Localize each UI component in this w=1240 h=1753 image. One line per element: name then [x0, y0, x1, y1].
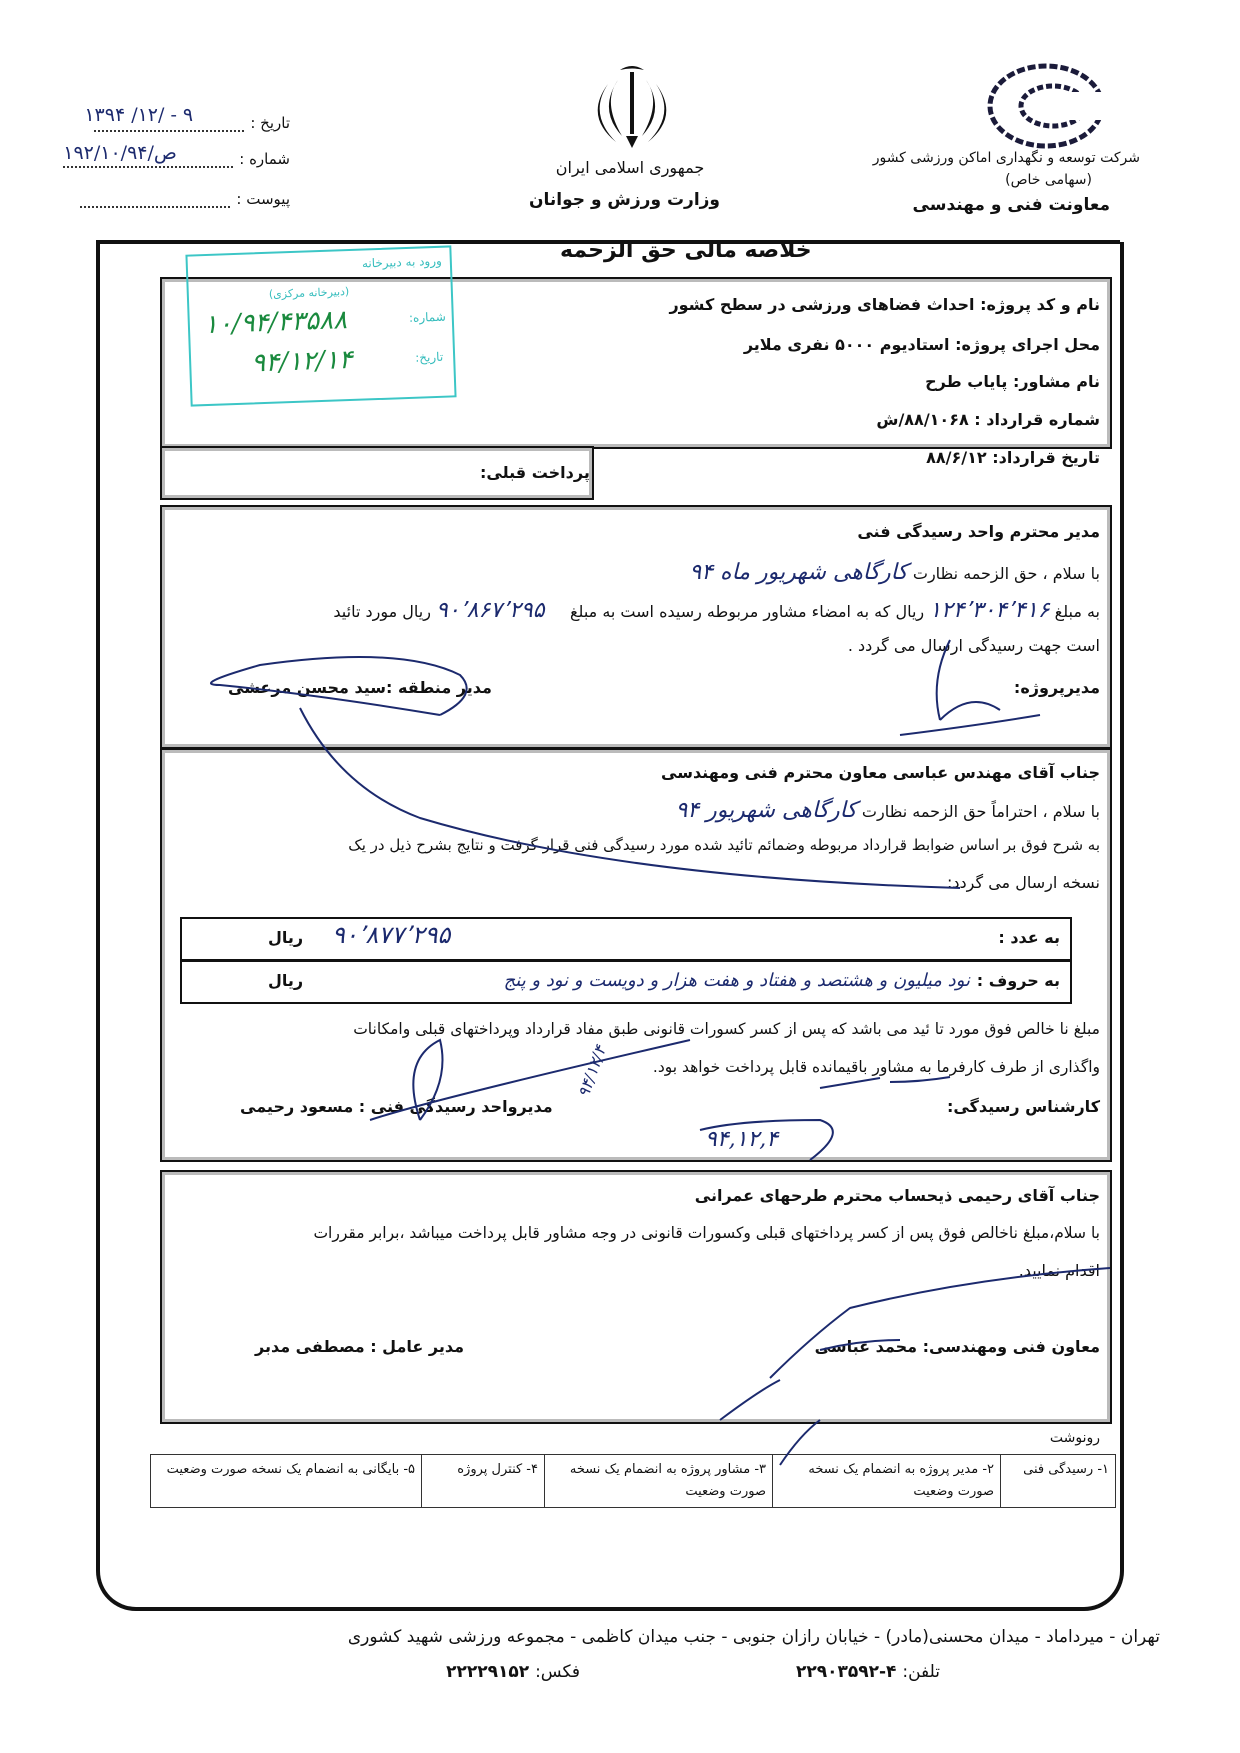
- deputy-signatory: معاون فنی ومهندسی: محمد عباسی: [815, 1337, 1100, 1356]
- deputy-heading: جناب آقای مهندس عباسی معاون محترم فنی وم…: [661, 763, 1100, 782]
- contract-date: تاریخ قرارداد: ۸۸/۶/۱۲: [926, 448, 1100, 467]
- stamp-number-label: شماره:: [409, 310, 446, 325]
- deputy-note-line1: مبلغ نا خالص فوق مورد تا ئید می باشد که …: [353, 1020, 1100, 1038]
- ministry-name: وزارت ورزش و جوانان: [540, 190, 720, 210]
- technical-review-line2: به مبلغ ۱۲۴٬۳۰۴٬۴۱۶ ریال که به امضاء مشا…: [333, 598, 1100, 623]
- org-department: معاونت فنی و مهندسی: [913, 195, 1110, 215]
- consultant-name: نام مشاور: پایاب طرح: [925, 372, 1100, 391]
- accounting-heading: جناب آقای رحیمی ذیحساب محترم طرحهای عمرا…: [695, 1186, 1100, 1205]
- previous-payment-label: پرداخت قبلی:: [480, 463, 590, 482]
- currency-label: ریال: [268, 971, 303, 990]
- iran-emblem-icon: [590, 62, 674, 152]
- footer-fax: فکس: ۲۲۲۲۹۱۵۲: [446, 1662, 580, 1682]
- contract-number: شماره قرارداد : ۸۸/۱۰۶۸/ش: [876, 410, 1100, 429]
- org-type: (سهامی خاص): [1005, 172, 1092, 188]
- copy-item: ۲- مدیر پروژه به انضمام یک نسخه صورت وضع…: [773, 1455, 1001, 1508]
- in-numbers-value: ۹۰٬۸۷۷٬۲۹۵: [332, 921, 450, 949]
- project-manager-label: مدیرپروژه:: [1014, 678, 1100, 697]
- number-value: ۱۹۲/۱۰/۹۴/ص: [63, 142, 177, 164]
- number-field: شماره : ۱۹۲/۱۰/۹۴/ص: [63, 148, 290, 168]
- organization-logo-icon: [985, 62, 1107, 150]
- stamp-date-label: تاریخ:: [415, 350, 443, 365]
- review-date-handwritten: ۹۴,۱۲,۴: [705, 1127, 778, 1152]
- technical-review-section: [160, 505, 1112, 749]
- copy-item: ۵- بایگانی به انضمام یک نسخه صورت وضعیت: [151, 1455, 422, 1508]
- copies-title: رونوشت: [1050, 1430, 1100, 1446]
- project-name: نام و کد پروژه: احداث فضاهای ورزشی در سط…: [669, 295, 1100, 314]
- technical-review-line1: با سلام ، حق الزحمه نظارت کارگاهی شهریور…: [689, 560, 1100, 585]
- copies-table: ۱- رسیدگی فنی ۲- مدیر پروژه به انضمام یک…: [150, 1454, 1116, 1508]
- org-name: شرکت توسعه و نگهداری اماکن ورزشی کشور: [873, 150, 1140, 166]
- in-numbers-label: به عدد :: [998, 928, 1060, 947]
- regional-manager-label: مدیر منطقه :سید محسن مرعشی: [228, 678, 492, 697]
- date-value: ۱۳۹۴ /۱۲/ - ۹: [84, 104, 193, 126]
- stamp-subtitle: (دبیرخانه مرکزی): [269, 285, 350, 301]
- technical-review-heading: مدیر محترم واحد رسیدگی فنی: [857, 522, 1100, 541]
- in-words-value: نود میلیون و هشتصد و هفتاد و هفت هزار و …: [504, 970, 970, 991]
- attachment-label: پیوست :: [236, 190, 290, 208]
- project-location: محل اجرای پروژه: استادیوم ۵۰۰۰ نفری ملای…: [744, 335, 1100, 354]
- attachment-field: پیوست :: [80, 188, 290, 208]
- amount-in-numbers-row: به عدد : ریال ۹۰٬۸۷۷٬۲۹۵: [180, 917, 1072, 961]
- deputy-line3: نسخه ارسال می گردد:: [947, 873, 1100, 892]
- stamp-number-value: ۱۰/۹۴/۴۳۵۸۸: [203, 305, 347, 340]
- date-label: تاریخ :: [250, 114, 290, 132]
- deputy-note-line2: واگذاری از طرف کارفرما به مشاور باقیماند…: [653, 1058, 1100, 1076]
- accounting-line2: اقدام نمایید.: [1019, 1261, 1100, 1280]
- government-name: جمهوری اسلامی ایران: [540, 158, 720, 177]
- technical-review-line3: است جهت رسیدگی ارسال می گردد .: [848, 636, 1100, 655]
- copy-item: ۴- کنترل پروژه: [422, 1455, 545, 1508]
- ceo-signatory: مدیر عامل : مصطفی مدبر: [255, 1337, 464, 1356]
- copy-item: ۱- رسیدگی فنی: [1001, 1455, 1116, 1508]
- document-title: خلاصه مالی حق الزحمه: [560, 238, 812, 263]
- deputy-line2: به شرح فوق بر اساس ضوابط قرارداد مربوطه …: [348, 836, 1100, 854]
- stamp-header: ورود به دبیرخانه: [362, 254, 442, 271]
- date-field: تاریخ : ۱۳۹۴ /۱۲/ - ۹: [94, 112, 290, 132]
- expert-label: کارشناس رسیدگی:: [947, 1097, 1100, 1116]
- stamp-date-value: ۹۴/۱۲/۱۴: [251, 345, 353, 379]
- deputy-line1: با سلام ، احتراماً حق الزحمه نظارت کارگا…: [675, 798, 1100, 823]
- number-label: شماره :: [239, 150, 290, 168]
- accounting-section: [160, 1170, 1112, 1424]
- footer-address: تهران - میرداماد - میدان محسنی(مادر) - خ…: [348, 1627, 1160, 1647]
- unit-manager-label: مدیرواحد رسیدگی فنی : مسعود رحیمی: [240, 1097, 553, 1116]
- footer-phone: تلفن: ۴-۲۲۹۰۳۵۹۲: [796, 1662, 940, 1682]
- accounting-line1: با سلام،مبلغ ناخالص فوق پس از کسر پرداخت…: [313, 1224, 1100, 1242]
- amount-in-words-row: به حروف : ریال نود میلیون و هشتصد و هفتا…: [180, 960, 1072, 1004]
- in-words-label: به حروف :: [977, 971, 1060, 990]
- currency-label: ریال: [268, 928, 303, 947]
- registry-stamp: ورود به دبیرخانه (دبیرخانه مرکزی) شماره:…: [185, 245, 456, 406]
- copy-item: ۳- مشاور پروژه به انضمام یک نسخه صورت وض…: [545, 1455, 773, 1508]
